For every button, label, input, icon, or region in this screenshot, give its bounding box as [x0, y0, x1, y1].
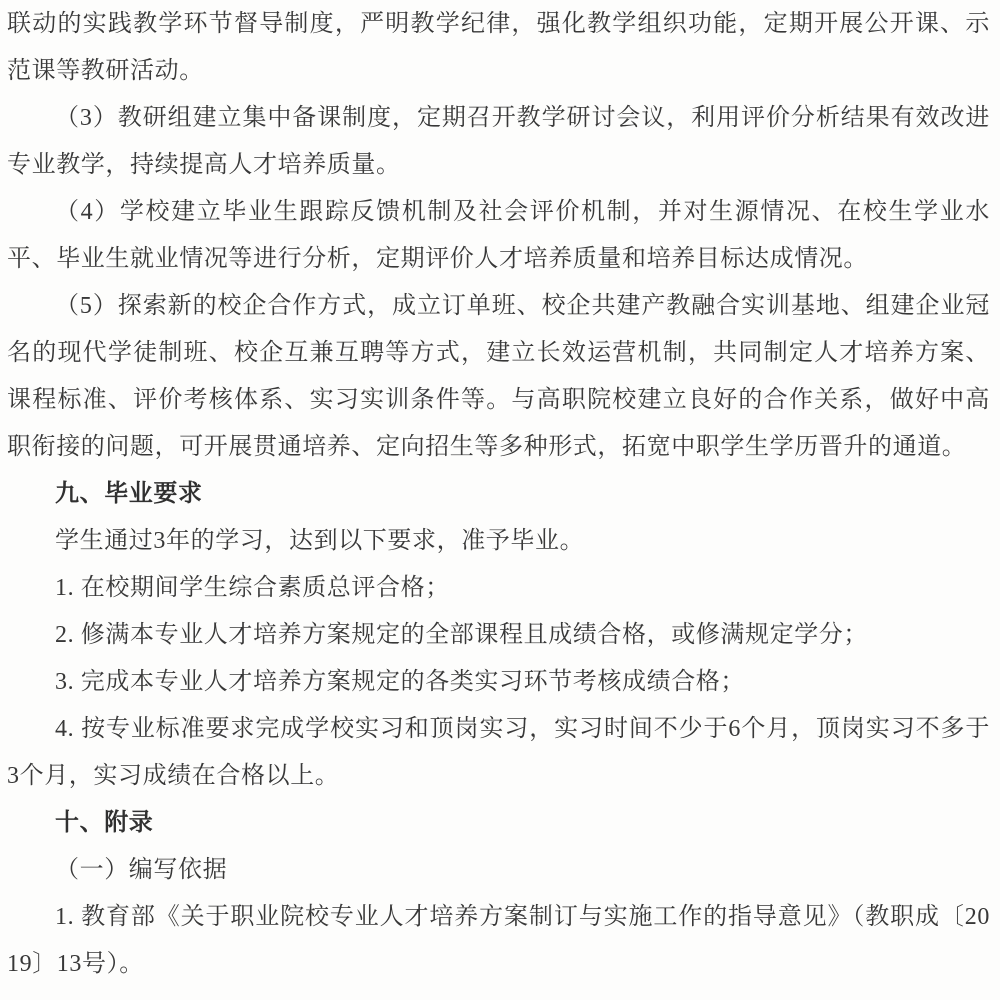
section-heading-graduation-requirements: 九、毕业要求 — [7, 471, 990, 518]
paragraph-graduation-intro: 学生通过3年的学习，达到以下要求，准予毕业。 — [7, 518, 990, 565]
paragraph-requirement-2: 2. 修满本专业人才培养方案规定的全部课程且成绩合格，或修满规定学分； — [7, 612, 990, 659]
paragraph-requirement-4: 4. 按专业标准要求完成学校实习和顶岗实习，实习时间不少于6个月，顶岗实习不多于… — [7, 706, 990, 800]
paragraph-item-3: （3）教研组建立集中备课制度，定期召开教学研讨会议，利用评价分析结果有效改进专业… — [7, 95, 990, 189]
paragraph-continuation: 联动的实践教学环节督导制度，严明教学纪律，强化教学组织功能，定期开展公开课、示范… — [7, 1, 990, 95]
paragraph-appendix-subheading: （一）编写依据 — [7, 847, 990, 894]
paragraph-requirement-1: 1. 在校期间学生综合素质总评合格； — [7, 565, 990, 612]
paragraph-item-5: （5）探索新的校企合作方式，成立订单班、校企共建产教融合实训基地、组建企业冠名的… — [7, 283, 990, 471]
paragraph-item-4: （4）学校建立毕业生跟踪反馈机制及社会评价机制，并对生源情况、在校生学业水平、毕… — [7, 189, 990, 283]
paragraph-appendix-reference-1: 1. 教育部《关于职业院校专业人才培养方案制订与实施工作的指导意见》（教职成〔2… — [7, 894, 990, 988]
section-heading-appendix: 十、附录 — [7, 800, 990, 847]
paragraph-requirement-3: 3. 完成本专业人才培养方案规定的各类实习环节考核成绩合格； — [7, 659, 990, 706]
document-page: 联动的实践教学环节督导制度，严明教学纪律，强化教学组织功能，定期开展公开课、示范… — [0, 0, 1000, 1000]
